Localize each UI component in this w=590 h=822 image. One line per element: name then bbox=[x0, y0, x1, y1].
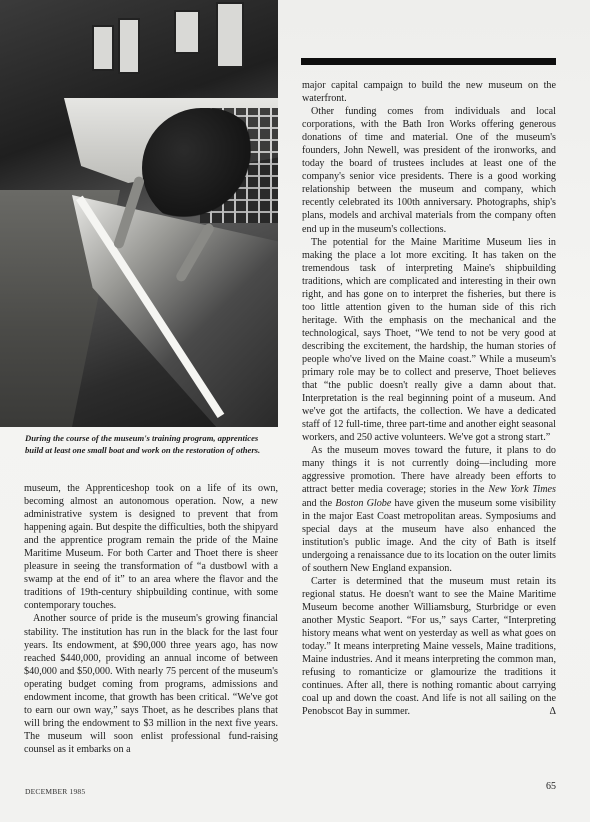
paragraph: Another source of pride is the museum's … bbox=[24, 612, 278, 756]
text: and the bbox=[302, 498, 335, 509]
photo-window bbox=[118, 18, 140, 74]
magazine-page: During the course of the museum's traini… bbox=[0, 0, 590, 822]
section-rule bbox=[301, 58, 556, 65]
page-number: 65 bbox=[546, 781, 556, 792]
paragraph: The potential for the Maine Maritime Mus… bbox=[302, 236, 556, 445]
photo-apprentice-head bbox=[142, 108, 262, 228]
photo-caption: During the course of the museum's traini… bbox=[25, 432, 277, 456]
paragraph: major capital campaign to build the new … bbox=[302, 79, 556, 105]
end-mark-icon: Δ bbox=[540, 705, 556, 718]
paragraph: museum, the Apprenticeshop took on a lif… bbox=[24, 482, 278, 612]
paragraph: Carter is determined that the museum mus… bbox=[302, 575, 556, 719]
text: Carter is determined that the museum mus… bbox=[302, 576, 556, 717]
left-column: museum, the Apprenticeshop took on a lif… bbox=[24, 482, 278, 756]
boatshop-photo bbox=[0, 0, 278, 427]
photo-window bbox=[92, 25, 114, 71]
photo-window bbox=[174, 10, 200, 54]
right-column: major capital campaign to build the new … bbox=[302, 79, 556, 718]
paragraph: Other funding comes from individuals and… bbox=[302, 105, 556, 235]
issue-date: DECEMBER 1985 bbox=[25, 787, 85, 796]
publication-name: Boston Globe bbox=[335, 498, 391, 509]
paragraph: As the museum moves toward the future, i… bbox=[302, 444, 556, 574]
photo-window bbox=[216, 2, 244, 68]
publication-name: New York Times bbox=[488, 484, 556, 495]
